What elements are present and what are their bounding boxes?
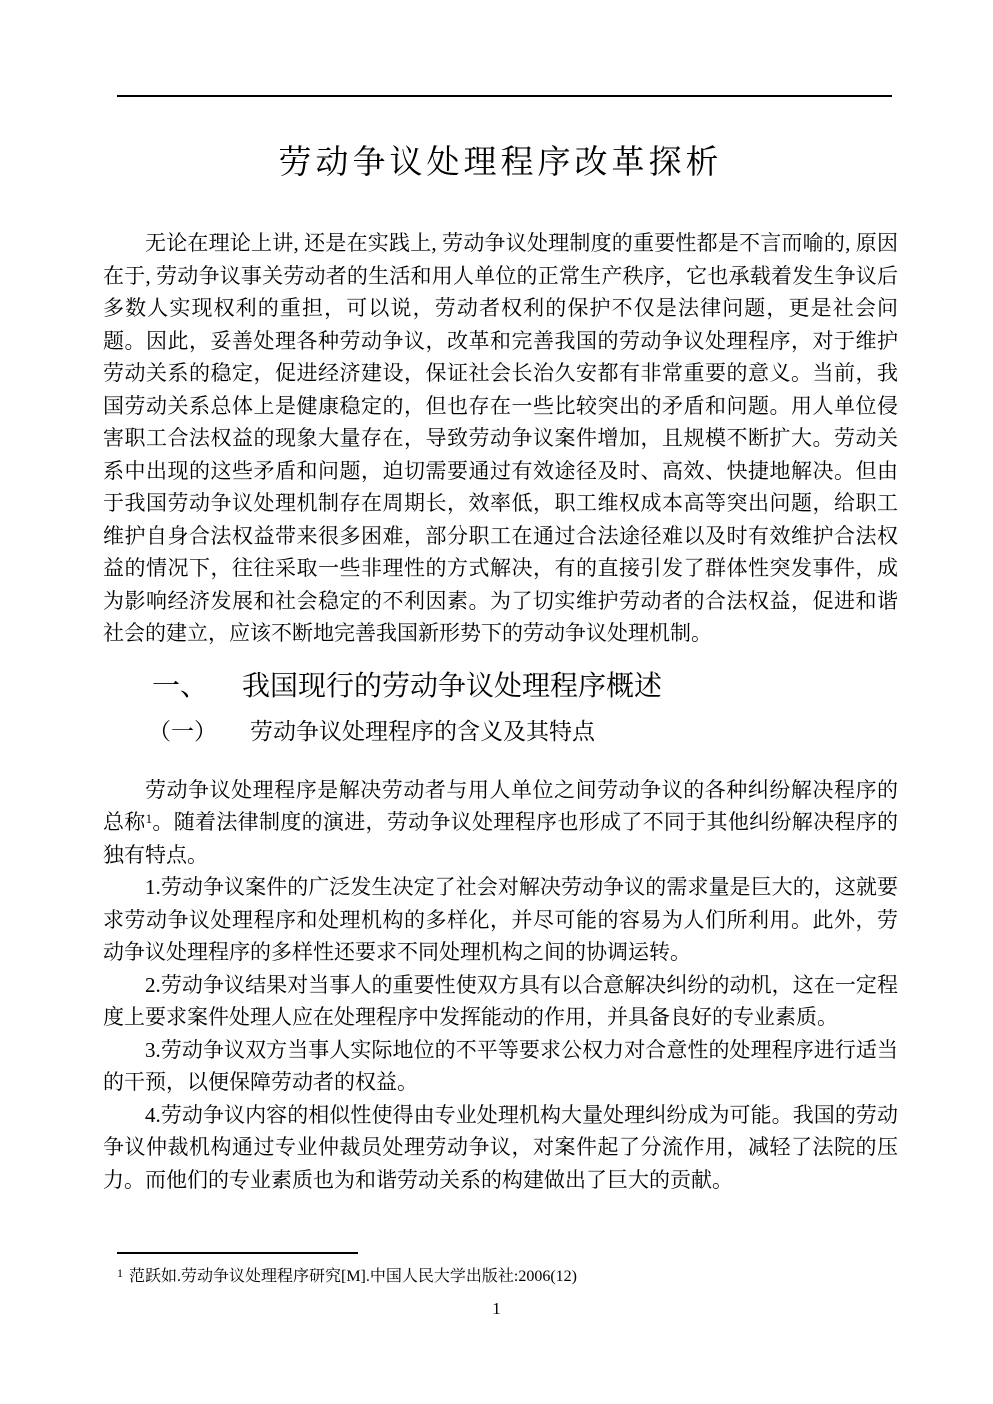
- document-page: 劳动争议处理程序改革探析 无论在理论上讲, 还是在实践上, 劳动争议处理制度的重…: [0, 0, 993, 1404]
- definition-paragraph: 劳动争议处理程序是解决劳动者与用人单位之间劳动争议的各种纠纷解决程序的总称1。随…: [103, 774, 898, 872]
- subsection-heading-1: （一）劳动争议处理程序的含义及其特点: [103, 714, 898, 748]
- page-title: 劳动争议处理程序改革探析: [103, 142, 898, 182]
- footnote-separator-rule: [117, 1252, 358, 1254]
- section-heading-1: 一、我国现行的劳动争议处理程序概述: [103, 666, 898, 706]
- subsection-heading-1-text: 劳动争议处理程序的含义及其特点: [250, 718, 595, 744]
- section-heading-1-number: 一、: [152, 666, 208, 706]
- point-paragraph-3: 3.劳动争议双方当事人实际地位的不平等要求公权力对合意性的处理程序进行适当的干预…: [103, 1034, 898, 1099]
- intro-paragraph: 无论在理论上讲, 还是在实践上, 劳动争议处理制度的重要性都是不言而喻的, 原因…: [103, 227, 898, 650]
- point-paragraph-1: 1.劳动争议案件的广泛发生决定了社会对解决劳动争议的需求量是巨大的，这就要求劳动…: [103, 871, 898, 969]
- subsection-heading-1-number: （一）: [148, 714, 217, 748]
- point-paragraph-2: 2.劳动争议结果对当事人的重要性使双方具有以合意解决纠纷的动机，这在一定程度上要…: [103, 969, 898, 1034]
- page-content: 劳动争议处理程序改革探析 无论在理论上讲, 还是在实践上, 劳动争议处理制度的重…: [103, 0, 898, 1196]
- point-paragraph-4: 4.劳动争议内容的相似性使得由专业处理机构大量处理纠纷成为可能。我国的劳动争议仲…: [103, 1099, 898, 1197]
- page-number: 1: [0, 1298, 993, 1320]
- footnote: 1范跃如.劳动争议处理程序研究[M].中国人民大学出版社:2006(12): [117, 1262, 887, 1288]
- footnote-text: 范跃如.劳动争议处理程序研究[M].中国人民大学出版社:2006(12): [129, 1268, 577, 1285]
- section-heading-1-text: 我国现行的劳动争议处理程序概述: [242, 670, 662, 701]
- footnote-marker: 1: [117, 1266, 123, 1280]
- definition-text-after-ref: 。随着法律制度的演进，劳动争议处理程序也形成了不同于其他纠纷解决程序的独有特点。: [103, 810, 898, 867]
